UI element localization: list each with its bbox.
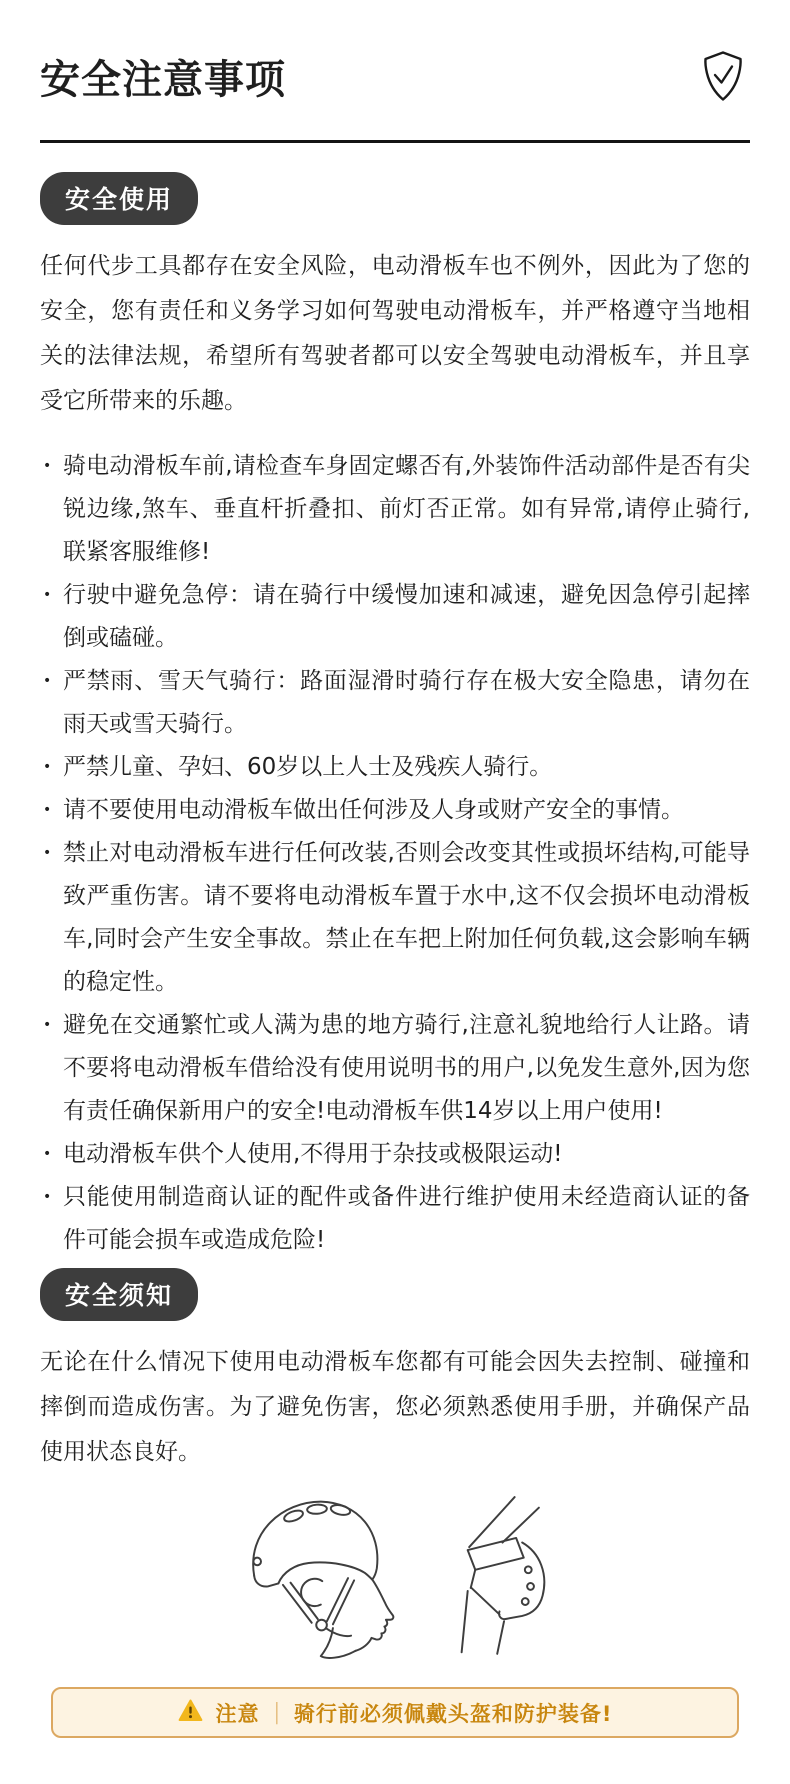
list-item: 避免在交通繁忙或人满为患的地方骑行,注意礼貌地给行人让路。请不要将电动滑板车借给… <box>40 1004 750 1133</box>
section-safety-notice: 安全须知 无论在什么情况下使用电动滑板车您都有可能会因失去控制、碰撞和摔倒而造成… <box>40 1262 750 1475</box>
safe-use-bullet-list: 骑电动滑板车前,请检查车身固定螺否有,外装饰件活动部件是否有尖锐边缘,煞车、垂直… <box>40 445 750 1262</box>
safe-use-intro: 任何代步工具都存在安全风险，电动滑板车也不例外，因此为了您的安全，您有责任和义务… <box>40 244 750 424</box>
safety-page: 安全注意事项 安全使用 任何代步工具都存在安全风险，电动滑板车也不例外，因此为了… <box>0 50 790 1738</box>
list-item: 电动滑板车供个人使用,不得用于杂技或极限运动! <box>40 1133 750 1176</box>
warning-label: 注意 <box>216 1698 260 1728</box>
safety-notice-intro: 无论在什么情况下使用电动滑板车您都有可能会因失去控制、碰撞和摔倒而造成伤害。为了… <box>40 1340 750 1475</box>
section-badge-safety-notice: 安全须知 <box>40 1268 198 1321</box>
shield-check-icon <box>702 50 750 106</box>
list-item: 骑电动滑板车前,请检查车身固定螺否有,外装饰件活动部件是否有尖锐边缘,煞车、垂直… <box>40 445 750 574</box>
section-badge-safe-use: 安全使用 <box>40 172 198 225</box>
list-item: 行驶中避免急停：请在骑行中缓慢加速和减速，避免因急停引起摔倒或磕碰。 <box>40 574 750 660</box>
list-item: 请不要使用电动滑板车做出任何涉及人身或财产安全的事情。 <box>40 789 750 832</box>
page-title: 安全注意事项 <box>40 54 286 106</box>
warning-message: 骑行前必须佩戴头盔和防护装备! <box>294 1698 613 1728</box>
warning-triangle-icon <box>178 1699 203 1727</box>
section-safe-use: 安全使用 任何代步工具都存在安全风险，电动滑板车也不例外，因此为了您的安全，您有… <box>40 143 750 1262</box>
list-item: 禁止对电动滑板车进行任何改装,否则会改变其性或损坏结构,可能导致严重伤害。请不要… <box>40 832 750 1004</box>
helmet-head-icon <box>253 1502 393 1658</box>
protective-gear-illustration <box>40 1491 750 1673</box>
warning-banner: 注意 | 骑行前必须佩戴头盔和防护装备! <box>51 1687 739 1738</box>
page-header: 安全注意事项 <box>40 50 750 106</box>
list-item: 严禁儿童、孕妇、60岁以上人士及残疾人骑行。 <box>40 746 750 789</box>
warning-separator: | <box>274 1700 279 1725</box>
list-item: 严禁雨、雪天气骑行：路面湿滑时骑行存在极大安全隐患，请勿在雨天或雪天骑行。 <box>40 660 750 746</box>
knee-pad-icon <box>462 1497 545 1654</box>
list-item: 只能使用制造商认证的配件或备件进行维护使用未经造商认证的备件可能会损车或造成危险… <box>40 1176 750 1262</box>
